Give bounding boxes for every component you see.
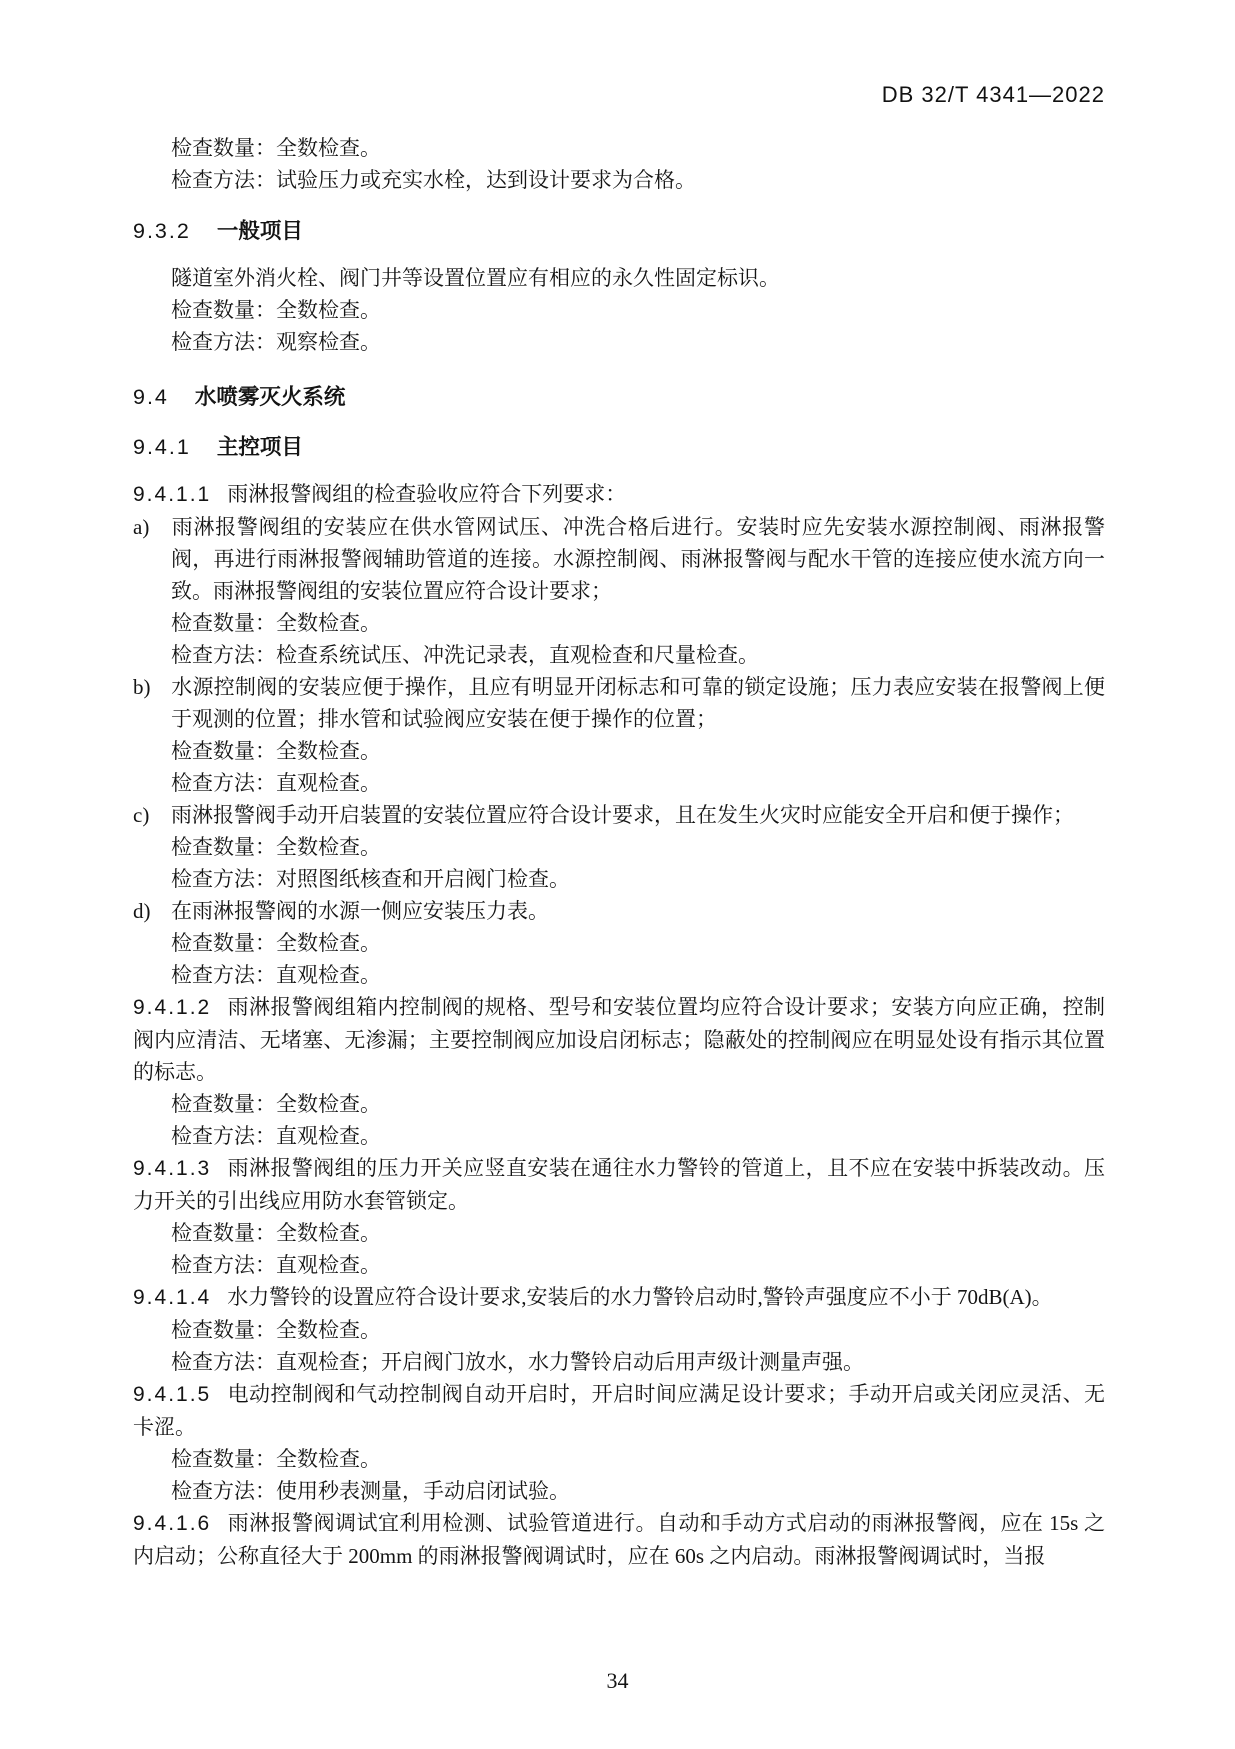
body-line: 检查方法：检查系统试压、冲洗记录表，直观检查和尺量检查。	[133, 639, 1105, 671]
clause-text: 雨淋报警阀组的压力开关应竖直安装在通往水力警铃的管道上，且不应在安装中拆装改动。…	[133, 1156, 1105, 1213]
body-line: 检查数量：全数检查。	[133, 1443, 1105, 1475]
body-line: 检查方法：使用秒表测量，手动启闭试验。	[133, 1475, 1105, 1507]
clause-9-4-1-1: 9.4.1.1雨淋报警阀组的检查验收应符合下列要求：	[133, 478, 1105, 511]
body-line: 检查方法：对照图纸核查和开启阀门检查。	[133, 863, 1105, 895]
list-item-b: b)水源控制阀的安装应便于操作，且应有明显开闭标志和可靠的锁定设施；压力表应安装…	[133, 671, 1105, 735]
list-marker: a)	[133, 511, 171, 543]
clause-number: 9.4.1.4	[133, 1286, 211, 1309]
clause-9-4-1-2: 9.4.1.2雨淋报警阀组箱内控制阀的规格、型号和安装位置均应符合设计要求；安装…	[133, 991, 1105, 1088]
clause-number: 9.4.1.2	[133, 996, 211, 1019]
clause-9-4-1-6: 9.4.1.6雨淋报警阀调试宜利用检测、试验管道进行。自动和手动方式启动的雨淋报…	[133, 1507, 1105, 1572]
body-line: 检查数量：全数检查。	[133, 294, 1105, 326]
body-line: 检查数量：全数检查。	[133, 1217, 1105, 1249]
clause-text: 雨淋报警阀组的检查验收应符合下列要求：	[227, 482, 626, 506]
list-item-text: 在雨淋报警阀的水源一侧应安装压力表。	[171, 899, 549, 923]
body-line: 检查数量：全数检查。	[133, 831, 1105, 863]
body-line: 检查数量：全数检查。	[133, 1314, 1105, 1346]
list-marker: c)	[133, 799, 171, 831]
list-item-text: 水源控制阀的安装应便于操作，且应有明显开闭标志和可靠的锁定设施；压力表应安装在报…	[171, 675, 1105, 731]
clause-9-4-1-3: 9.4.1.3雨淋报警阀组的压力开关应竖直安装在通往水力警铃的管道上，且不应在安…	[133, 1152, 1105, 1217]
body-line: 检查数量：全数检查。	[133, 735, 1105, 767]
section-title: 水喷雾灭火系统	[195, 385, 346, 409]
list-item-a: a)雨淋报警阀组的安装应在供水管网试压、冲洗合格后进行。安装时应先安装水源控制阀…	[133, 511, 1105, 607]
section-number: 9.3.2	[133, 219, 191, 243]
section-number: 9.4	[133, 385, 169, 409]
body-line: 检查数量：全数检查。	[133, 132, 1105, 164]
section-heading-9-3-2: 9.3.2一般项目	[133, 216, 1105, 246]
body-line: 检查数量：全数检查。	[133, 1088, 1105, 1120]
clause-number: 9.4.1.1	[133, 483, 211, 506]
clause-text: 雨淋报警阀调试宜利用检测、试验管道进行。自动和手动方式启动的雨淋报警阀，应在 1…	[133, 1511, 1105, 1568]
clause-9-4-1-5: 9.4.1.5电动控制阀和气动控制阀自动开启时，开启时间应满足设计要求；手动开启…	[133, 1378, 1105, 1443]
list-item-d: d)在雨淋报警阀的水源一侧应安装压力表。	[133, 895, 1105, 927]
body-line: 检查方法：直观检查。	[133, 767, 1105, 799]
document-code-header: DB 32/T 4341—2022	[133, 82, 1105, 108]
document-page: DB 32/T 4341—2022 检查数量：全数检查。 检查方法：试验压力或充…	[0, 0, 1235, 1749]
page-body: 检查数量：全数检查。 检查方法：试验压力或充实水栓，达到设计要求为合格。 9.3…	[133, 132, 1105, 1572]
body-line: 检查方法：试验压力或充实水栓，达到设计要求为合格。	[133, 164, 1105, 196]
list-marker: b)	[133, 671, 171, 703]
body-line: 检查方法：直观检查；开启阀门放水，水力警铃启动后用声级计测量声强。	[133, 1346, 1105, 1378]
clause-number: 9.4.1.6	[133, 1512, 211, 1535]
list-item-text: 雨淋报警阀组的安装应在供水管网试压、冲洗合格后进行。安装时应先安装水源控制阀、雨…	[171, 515, 1105, 603]
body-line: 检查方法：直观检查。	[133, 1120, 1105, 1152]
clause-text: 水力警铃的设置应符合设计要求,安装后的水力警铃启动时,警铃声强度应不小于 70d…	[227, 1285, 1052, 1309]
clause-number: 9.4.1.3	[133, 1157, 211, 1180]
body-line: 检查方法：直观检查。	[133, 1249, 1105, 1281]
section-number: 9.4.1	[133, 435, 191, 459]
body-line: 检查方法：观察检查。	[133, 326, 1105, 358]
clause-text: 电动控制阀和气动控制阀自动开启时，开启时间应满足设计要求；手动开启或关闭应灵活、…	[133, 1382, 1105, 1439]
section-title: 主控项目	[217, 435, 303, 459]
body-line: 检查数量：全数检查。	[133, 927, 1105, 959]
clause-number: 9.4.1.5	[133, 1383, 211, 1406]
body-line: 检查数量：全数检查。	[133, 607, 1105, 639]
section-heading-9-4: 9.4水喷雾灭火系统	[133, 382, 1105, 412]
body-line: 隧道室外消火栓、阀门井等设置位置应有相应的永久性固定标识。	[133, 262, 1105, 294]
section-heading-9-4-1: 9.4.1主控项目	[133, 432, 1105, 462]
list-item-text: 雨淋报警阀手动开启装置的安装位置应符合设计要求，且在发生火灾时应能安全开启和便于…	[171, 803, 1074, 827]
clause-text: 雨淋报警阀组箱内控制阀的规格、型号和安装位置均应符合设计要求；安装方向应正确，控…	[133, 995, 1105, 1084]
page-number: 34	[0, 1668, 1235, 1694]
list-item-c: c)雨淋报警阀手动开启装置的安装位置应符合设计要求，且在发生火灾时应能安全开启和…	[133, 799, 1105, 831]
section-title: 一般项目	[217, 219, 303, 243]
body-line: 检查方法：直观检查。	[133, 959, 1105, 991]
clause-9-4-1-4: 9.4.1.4水力警铃的设置应符合设计要求,安装后的水力警铃启动时,警铃声强度应…	[133, 1281, 1105, 1314]
list-marker: d)	[133, 895, 171, 927]
